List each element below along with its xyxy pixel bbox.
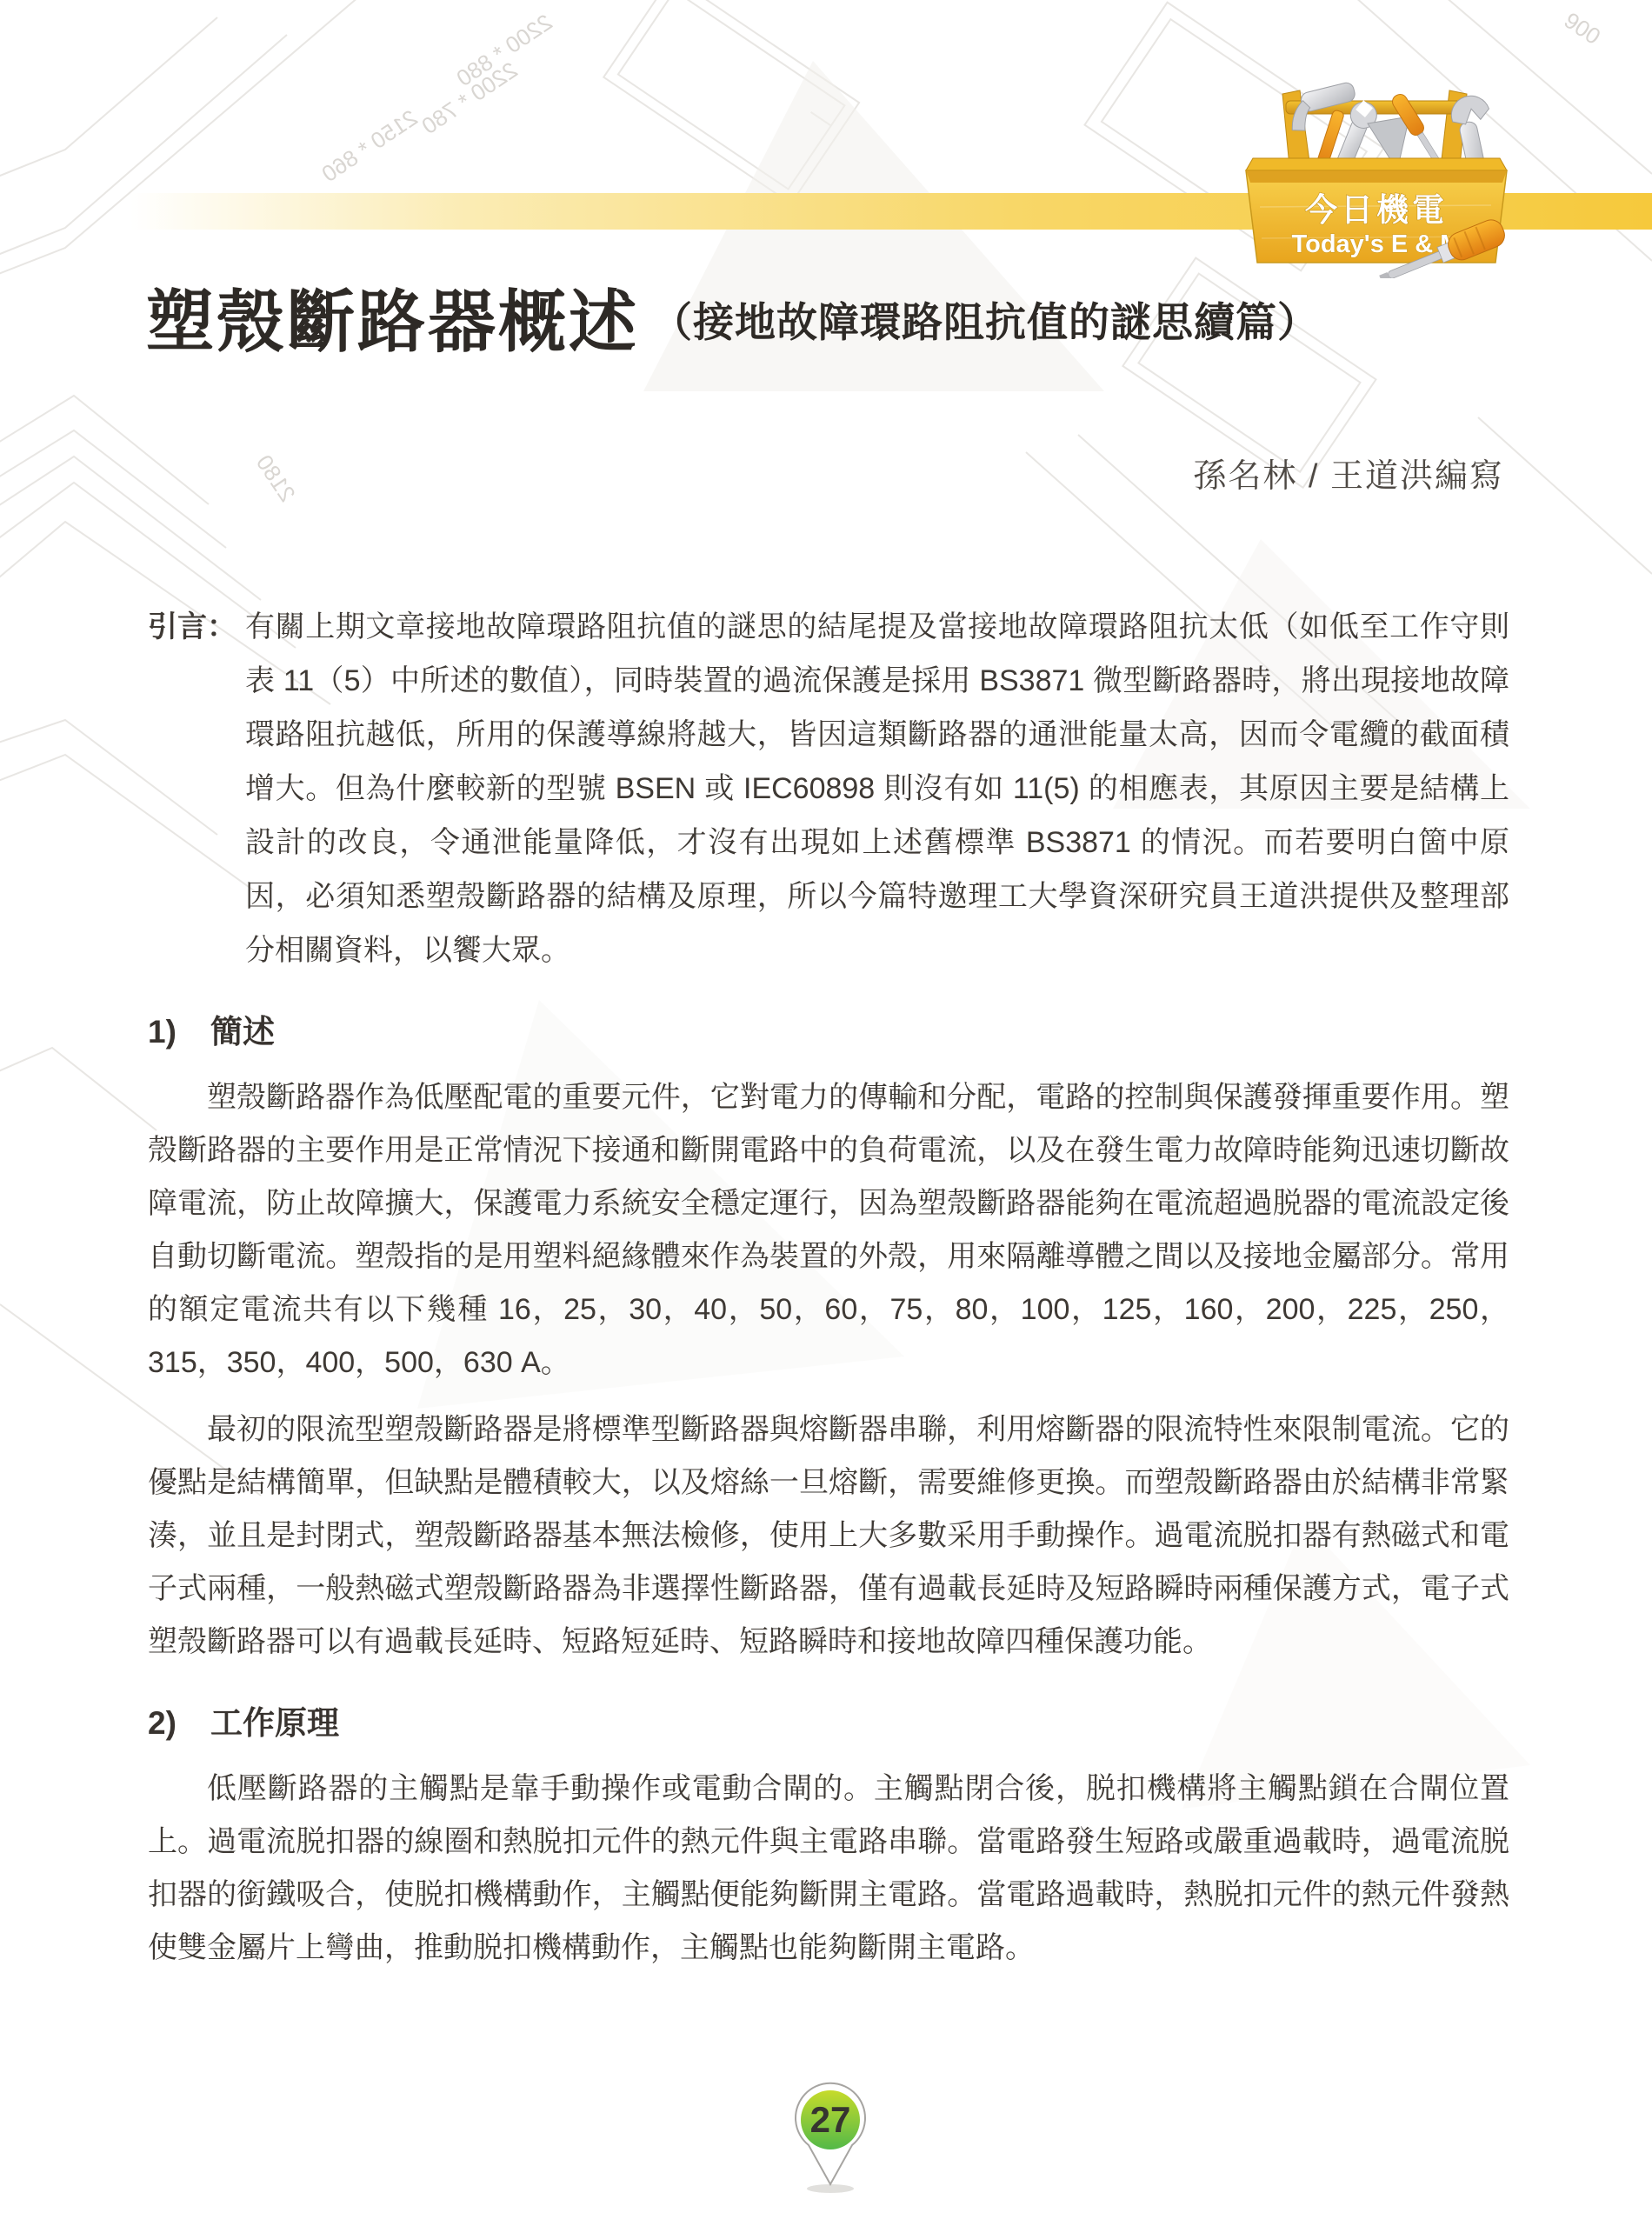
section-title: 簡述 — [210, 1007, 275, 1057]
section-number: 2) — [148, 1698, 210, 1749]
byline: 孫名林 / 王道洪編寫 — [1193, 449, 1504, 497]
toolbox-logo: 今日機電 Today's E & M — [1230, 68, 1535, 278]
article-title-sub: （接地故障環路阻抗值的謎思續篇） — [651, 285, 1319, 349]
magazine-page: 2150 * 860 2200 * 880 2200 * 780 2180 90… — [0, 0, 1652, 2226]
paragraph: 低壓斷路器的主觸點是靠手動操作或電動合閘的。主觸點閉合後，脱扣機構將主觸點鎖在合… — [148, 1763, 1509, 1975]
page-number-pin: 27 — [787, 2078, 874, 2200]
page-number: 27 — [810, 2099, 851, 2140]
article-body: 引言： 有關上期文章接地故障環路阻抗值的謎思的結尾提及當接地故障環路阻抗太低（如… — [148, 600, 1509, 1975]
dim-label: 2180 — [251, 450, 301, 507]
section-working-principle-heading: 2) 工作原理 — [148, 1698, 1509, 1749]
paragraph: 塑殼斷路器作為低壓配電的重要元件，它對電力的傳輸和分配，電路的控制與保護發揮重要… — [148, 1071, 1509, 1390]
section-number: 1) — [148, 1007, 210, 1057]
section-working-principle: 2) 工作原理 低壓斷路器的主觸點是靠手動操作或電動合閘的。主觸點閉合後，脱扣機… — [148, 1698, 1509, 1975]
dim-label: 900 — [1560, 7, 1606, 50]
logo-title-zh: 今日機電 — [1305, 191, 1448, 228]
intro-block: 引言： 有關上期文章接地故障環路阻抗值的謎思的結尾提及當接地故障環路阻抗太低（如… — [148, 600, 1509, 977]
section-overview: 1) 簡述 塑殼斷路器作為低壓配電的重要元件，它對電力的傳輸和分配，電路的控制與… — [148, 1007, 1509, 1669]
article-title: 塑殼斷路器概述 （接地故障環路阻抗值的謎思續篇） — [146, 268, 1319, 365]
intro-text: 有關上期文章接地故障環路阻抗值的謎思的結尾提及當接地故障環路阻抗太低（如低至工作… — [245, 600, 1509, 977]
intro-label: 引言： — [148, 600, 245, 977]
section-title: 工作原理 — [210, 1698, 339, 1749]
dim-label: 2150 * 860 — [316, 104, 422, 187]
paragraph: 最初的限流型塑殼斷路器是將標準型斷路器與熔斷器串聯，利用熔斷器的限流特性來限制電… — [148, 1403, 1509, 1669]
section-overview-heading: 1) 簡述 — [148, 1007, 1509, 1057]
article-title-main: 塑殼斷路器概述 — [146, 268, 639, 365]
